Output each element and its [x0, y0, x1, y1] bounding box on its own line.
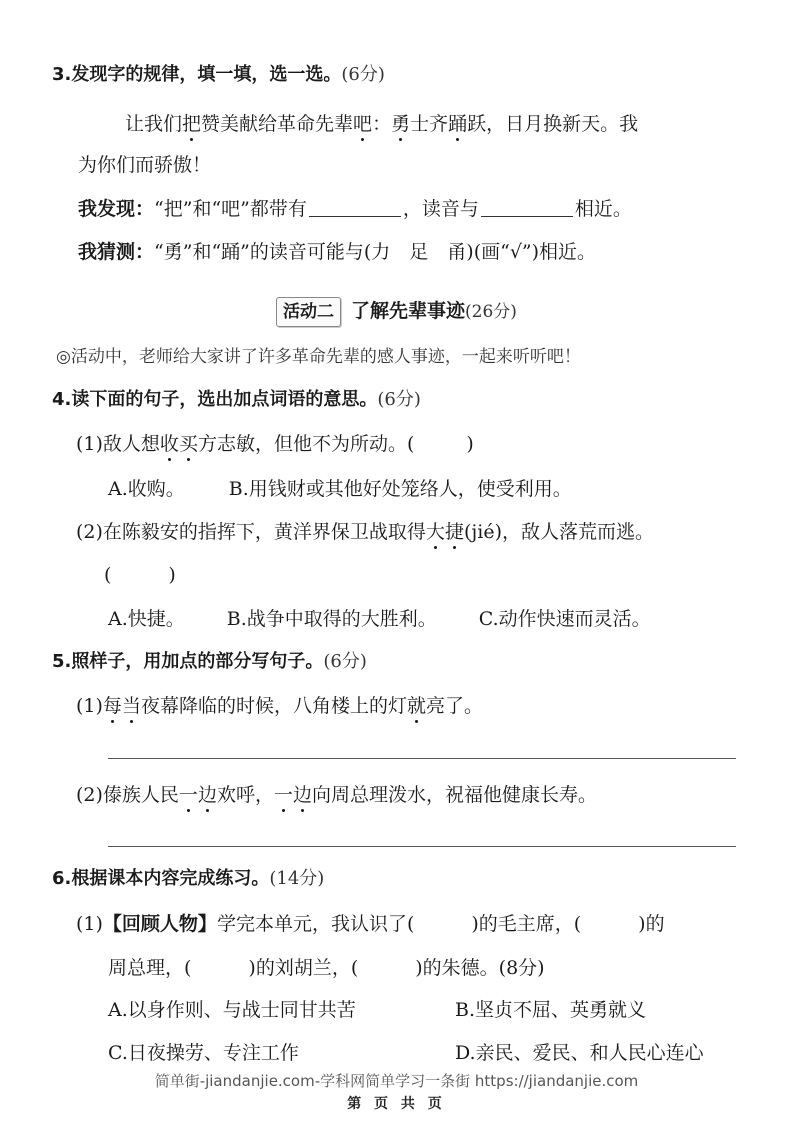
activity-tag: 活动二: [276, 297, 341, 327]
dotted-char: 一: [179, 784, 198, 806]
dotted-char: 勇: [391, 113, 410, 135]
fill-blank-2[interactable]: [481, 198, 573, 217]
question-3-title: 3.发现字的规律，填一填，选一选。(6分): [52, 62, 385, 88]
q6-option-d[interactable]: D.亲民、爱民、和人民心连心: [455, 1040, 704, 1066]
section-intro: ◎活动中，老师给大家讲了许多革命先辈的感人事迹，一起来听听吧！: [56, 344, 581, 370]
dotted-char: 吧: [353, 113, 372, 135]
option-b[interactable]: B.战争中取得的大胜利。: [227, 608, 437, 630]
sentence-text: 方志敏，但他不为所动。(: [198, 433, 414, 455]
dotted-char: 捷: [445, 521, 464, 543]
dotted-char: 踊: [448, 113, 467, 135]
review-tag: 【回顾人物】: [103, 913, 217, 935]
question-4-title: 4.读下面的句子，选出加点词语的意思。(6分): [52, 387, 421, 413]
option-a[interactable]: A.快捷。: [108, 608, 185, 630]
option-c[interactable]: C.动作快速而灵活。: [479, 608, 651, 630]
answer-paren-blank[interactable]: ( ): [104, 562, 176, 588]
page-number-footer: 第 页 共 页: [0, 1093, 793, 1113]
question-points: (6分): [341, 64, 385, 85]
section-header: 活动二了解先辈事迹(26分): [0, 297, 793, 327]
dotted-char: 买: [179, 433, 198, 455]
question-title-text: 5.照样子，用加点的部分写句子。: [52, 651, 323, 672]
section-points: (26分): [465, 302, 517, 322]
sentence-text[interactable]: 学完本单元，我认识了( )的毛主席，( )的: [217, 913, 665, 935]
question-points: (6分): [323, 651, 367, 672]
dotted-char: 就: [407, 695, 426, 717]
discover-text: 相近。: [575, 198, 632, 220]
answer-line-1[interactable]: [108, 758, 736, 759]
q4-sentence-1: (1)敌人想收买方志敏，但他不为所动。(): [76, 431, 474, 457]
dotted-char: 边: [293, 784, 312, 806]
watermark: 简单街-jiandanjie.com-学科网简单学习一条街 https://ji…: [0, 1070, 793, 1091]
sentence-text: (2)在陈毅安的指挥下，黄洋界保卫战取得: [76, 521, 426, 543]
question-points: (6分): [377, 389, 421, 410]
guess-text[interactable]: “勇”和“踊”的读音可能与(力 足 甬)(画“√”)相近。: [154, 241, 596, 263]
fill-blank-1[interactable]: [309, 198, 401, 217]
q6-option-b[interactable]: B.坚贞不屈、英勇就义: [455, 997, 646, 1023]
dotted-char: 把: [182, 113, 201, 135]
q6-sub1-line-2[interactable]: 周总理，( )的刘胡兰，( )的朱德。(8分): [108, 955, 545, 981]
sentence-text: 夜幕降临的时候，八角楼上的灯: [141, 695, 407, 717]
passage-text: 让我们: [125, 113, 182, 135]
guess-label: 我猜测：: [78, 241, 154, 263]
section-title: 了解先辈事迹: [351, 300, 465, 322]
option-a[interactable]: A.收购。: [108, 478, 185, 500]
question-points: (14分): [269, 868, 324, 889]
dotted-char: 收: [160, 433, 179, 455]
dotted-char: 每: [103, 695, 122, 717]
sentence-text: 向周总理泼水，祝福他健康长寿。: [312, 784, 597, 806]
q4-s2-options: A.快捷。B.战争中取得的大胜利。C.动作快速而灵活。: [108, 606, 651, 632]
sub-question-number: (1): [76, 913, 103, 935]
discover-text: ，读音与: [403, 198, 479, 220]
q3-passage-line-2: 为你们而骄傲！: [78, 152, 211, 178]
q3-guess-line: 我猜测：“勇”和“踊”的读音可能与(力 足 甬)(画“√”)相近。: [78, 239, 596, 265]
question-title-text: 4.读下面的句子，选出加点词语的意思。: [52, 389, 377, 410]
sentence-text: (jié)，敌人落荒而逃。: [464, 521, 654, 543]
passage-text: ：: [372, 113, 391, 135]
sentence-text: 亮了。: [426, 695, 483, 717]
q6-option-a[interactable]: A.以身作则、与战士同甘共苦: [108, 997, 356, 1023]
q5-sentence-2: (2)傣族人民一边欢呼，一边向周总理泼水，祝福他健康长寿。: [76, 782, 597, 808]
dotted-char: 一: [274, 784, 293, 806]
question-title-text: 3.发现字的规律，填一填，选一选。: [52, 64, 341, 85]
discover-text: “把”和“吧”都带有: [154, 198, 307, 220]
sentence-text: (1)敌人想: [76, 433, 160, 455]
sentence-text: (2)傣族人民: [76, 784, 179, 806]
q5-sentence-1: (1)每当夜幕降临的时候，八角楼上的灯就亮了。: [76, 693, 483, 719]
dotted-char: 当: [122, 695, 141, 717]
q6-sub1-line-1: (1)【回顾人物】学完本单元，我认识了( )的毛主席，( )的: [76, 911, 665, 937]
q3-discover-line: 我发现：“把”和“吧”都带有，读音与相近。: [78, 196, 632, 222]
sentence-text: ): [466, 433, 473, 455]
dotted-char: 大: [426, 521, 445, 543]
question-5-title: 5.照样子，用加点的部分写句子。(6分): [52, 649, 367, 675]
q4-s1-options: A.收购。B.用钱财或其他好处笼络人，使受利用。: [108, 476, 572, 502]
q6-option-c[interactable]: C.日夜操劳、专注工作: [108, 1040, 299, 1066]
sentence-text: (1): [76, 695, 103, 717]
passage-text: 跃，日月换新天。我: [467, 113, 638, 135]
dotted-char: 边: [198, 784, 217, 806]
discover-label: 我发现：: [78, 198, 154, 220]
answer-line-2[interactable]: [108, 846, 736, 847]
passage-text: 赞美献给革命先辈: [201, 113, 353, 135]
question-title-text: 6.根据课本内容完成练习。: [52, 868, 269, 889]
sentence-text: 欢呼，: [217, 784, 274, 806]
option-b[interactable]: B.用钱财或其他好处笼络人，使受利用。: [229, 478, 572, 500]
question-6-title: 6.根据课本内容完成练习。(14分): [52, 866, 324, 892]
q4-sentence-2: (2)在陈毅安的指挥下，黄洋界保卫战取得大捷(jié)，敌人落荒而逃。: [76, 519, 654, 545]
passage-text: 士齐: [410, 113, 448, 135]
q3-passage-line-1: 让我们把赞美献给革命先辈吧：勇士齐踊跃，日月换新天。我: [125, 111, 638, 137]
